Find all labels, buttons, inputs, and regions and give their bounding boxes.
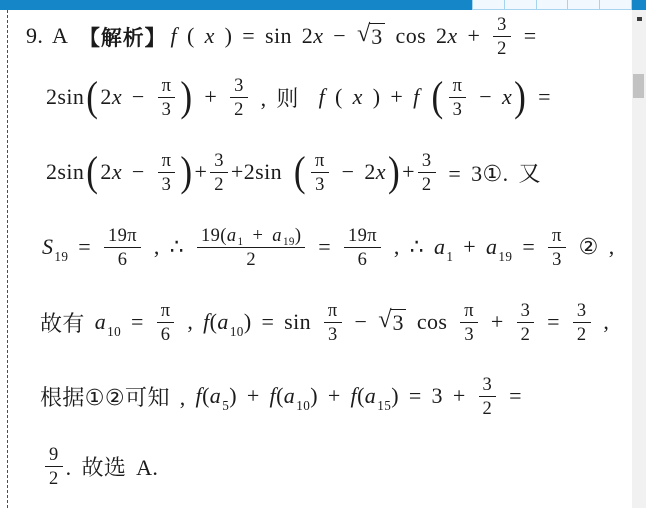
solution-line-4: S19 = 19π6 , ∴ 19(a1 + a19)2 = 19π6 , ∴ … — [42, 218, 615, 276]
solution-text: 9. A 【解析】f ( x ) = sin 2x − √3 cos 2x + … — [0, 0, 632, 508]
solution-line-2: 2sin(2x − π3) + 32 , 则 f ( x ) + f (π3 −… — [46, 68, 551, 126]
top-bar-blue-corner — [632, 0, 646, 10]
solution-line-1: 9. A 【解析】f ( x ) = sin 2x − √3 cos 2x + … — [26, 8, 537, 64]
solution-line-3: 2sin(2x − π3)+32+2sin (π3 − 2x)+32 = 3①.… — [46, 143, 541, 201]
document-viewer: 9. A 【解析】f ( x ) = sin 2x − √3 cos 2x + … — [0, 0, 646, 508]
scrollbar-thumb[interactable] — [633, 74, 644, 98]
solution-line-5: 故有 a10 = π6 , f(a10) = sin π3 − √3 cos π… — [40, 293, 609, 351]
solution-line-6: 根据①②可知 , f(a5) + f(a10) + f(a15) = 3 + 3… — [40, 369, 522, 423]
solution-line-7: 92. 故选 A. — [42, 436, 158, 496]
vertical-scrollbar[interactable] — [632, 10, 646, 508]
scrollbar-mark — [637, 17, 642, 21]
